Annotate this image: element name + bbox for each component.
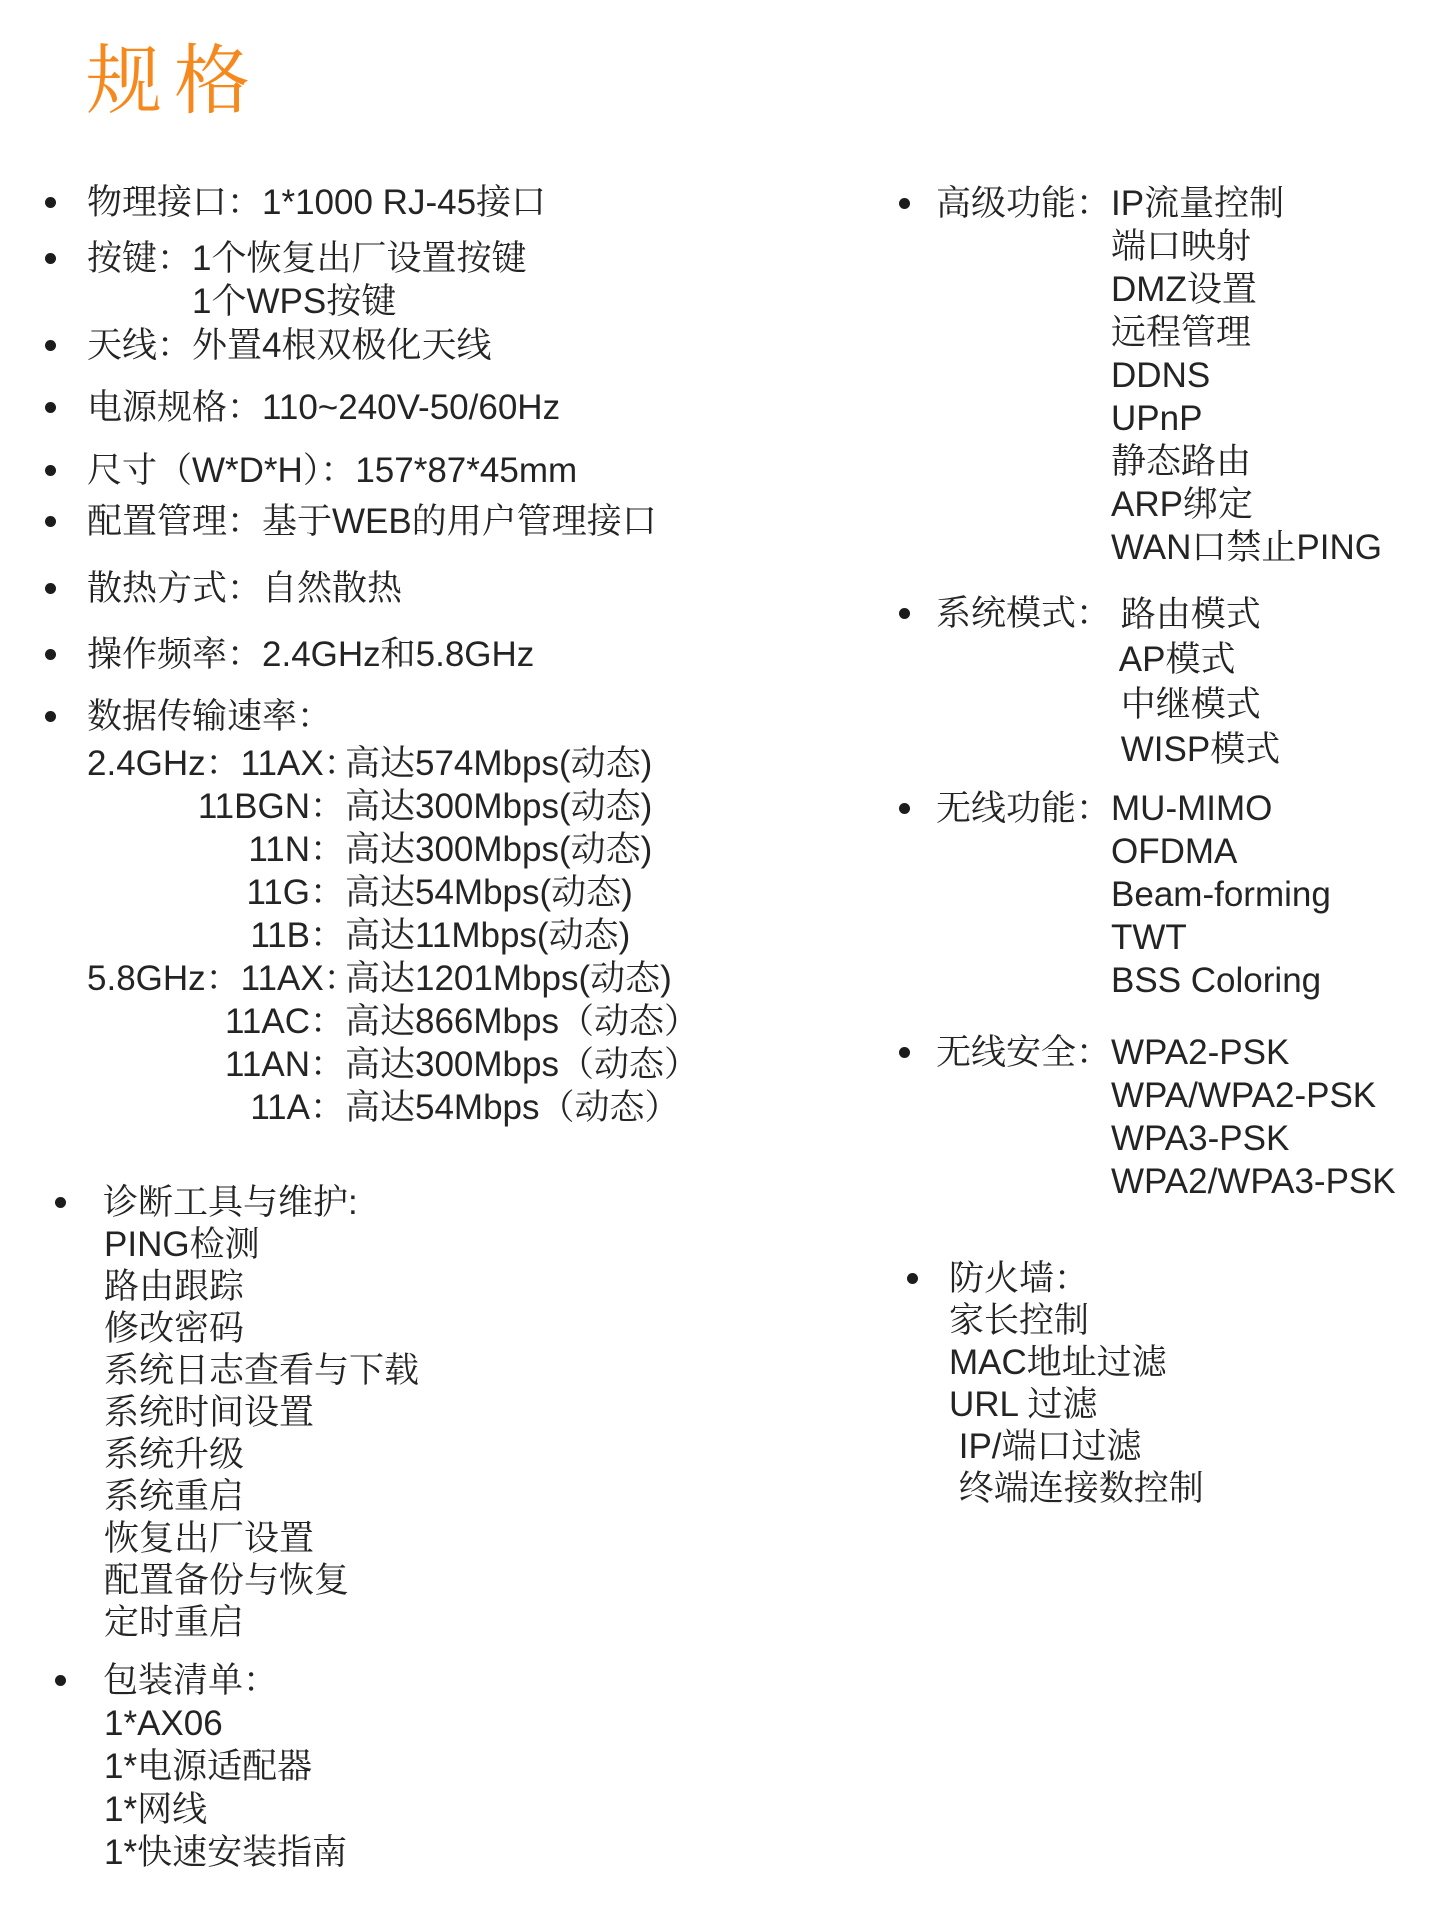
spec-value: AP模式: [1111, 637, 1280, 682]
firewall-items: 家长控制 MAC地址过滤 URL 过滤 IP/端口过滤 终端连接数控制: [949, 1300, 1453, 1510]
list-item: 修改密码: [104, 1308, 710, 1350]
spec-item-buttons-label: 按键：: [87, 237, 192, 280]
data-rate-label: 2.4GHz：11AX：: [87, 742, 345, 785]
spec-item-frequency-text: 操作频率：2.4GHz和5.8GHz: [87, 633, 534, 676]
spec-value: 1个WPS按键: [192, 280, 526, 323]
list-item: PING检测: [104, 1224, 710, 1266]
wireless-security-group: 无线安全： WPA2-PSK WPA/WPA2-PSK WPA3-PSK WPA…: [899, 1031, 1453, 1203]
spec-item-cooling: 散热方式：自然散热: [45, 567, 710, 610]
spec-sheet-page: 规格 物理接口：1*1000 RJ-45接口 按键： 1个恢复出厂设置按键 1个…: [0, 0, 1453, 1920]
spec-item-power: 电源规格：110~240V-50/60Hz: [45, 386, 710, 429]
spec-value: ARP绑定: [1111, 483, 1382, 526]
system-mode-label: 系统模式：: [936, 592, 1111, 635]
bullet-icon: [45, 197, 56, 208]
list-item: IP/端口过滤: [949, 1426, 1453, 1468]
spec-value: 端口映射: [1111, 225, 1382, 268]
package-heading-text: 包装清单：: [103, 1659, 278, 1702]
spec-value: WPA/WPA2-PSK: [1111, 1074, 1396, 1117]
bullet-icon: [45, 402, 56, 413]
data-rate-table: 2.4GHz：11AX：高达574Mbps(动态) 11BGN：高达300Mbp…: [87, 742, 710, 1129]
data-rate-row: 11B：高达11Mbps(动态): [87, 914, 710, 957]
firewall-group: 防火墙： 家长控制 MAC地址过滤 URL 过滤 IP/端口过滤 终端连接数控制: [907, 1257, 1453, 1510]
spec-value: 远程管理: [1111, 311, 1382, 354]
spec-value: BSS Coloring: [1111, 959, 1331, 1002]
data-rate-label: 11AN：: [87, 1043, 345, 1086]
bullet-icon: [899, 1047, 910, 1058]
list-item: 定时重启: [104, 1602, 710, 1644]
spec-value: TWT: [1111, 916, 1331, 959]
diagnostics-items: PING检测 路由跟踪 修改密码 系统日志查看与下载 系统时间设置 系统升级 系…: [104, 1224, 710, 1644]
data-rate-label: 11G：: [87, 871, 345, 914]
bullet-icon: [45, 649, 56, 660]
list-item: 系统升级: [104, 1434, 710, 1476]
data-rate-label: 11A：: [87, 1086, 345, 1129]
diagnostics-heading-text: 诊断工具与维护:: [103, 1181, 358, 1224]
data-rate-row: 11N：高达300Mbps(动态): [87, 828, 710, 871]
list-item: 1*快速安装指南: [104, 1831, 710, 1874]
diagnostics-group: 诊断工具与维护: PING检测 路由跟踪 修改密码 系统日志查看与下载 系统时间…: [55, 1181, 710, 1644]
spec-value: 静态路由: [1111, 440, 1382, 483]
spec-value: WISP模式: [1111, 727, 1280, 772]
list-item: 1*网线: [104, 1788, 710, 1831]
spec-item-physical-port: 物理接口：1*1000 RJ-45接口: [45, 181, 710, 224]
list-item: 1*电源适配器: [104, 1745, 710, 1788]
spec-value: IP流量控制: [1111, 182, 1382, 225]
bullet-icon: [45, 340, 56, 351]
bullet-icon: [45, 583, 56, 594]
wireless-features-group: 无线功能： MU-MIMO OFDMA Beam-forming TWT BSS…: [899, 787, 1453, 1002]
list-item: 配置备份与恢复: [104, 1560, 710, 1602]
wireless-security-label: 无线安全：: [936, 1031, 1111, 1074]
spec-item-cooling-text: 散热方式：自然散热: [87, 567, 402, 610]
bullet-icon: [899, 803, 910, 814]
data-rate-value: 高达54Mbps（动态）: [345, 1086, 680, 1129]
system-mode-group: 系统模式： 路由模式 AP模式 中继模式 WISP模式: [899, 592, 1453, 772]
list-item: 系统时间设置: [104, 1392, 710, 1434]
spec-value: 路由模式: [1111, 592, 1280, 637]
spec-item-frequency: 操作频率：2.4GHz和5.8GHz: [45, 633, 710, 676]
right-column: 高级功能： IP流量控制 端口映射 DMZ设置 远程管理 DDNS UPnP 静…: [899, 0, 1453, 1510]
package-group: 包装清单： 1*AX06 1*电源适配器 1*网线 1*快速安装指南: [55, 1659, 710, 1874]
list-item: 家长控制: [949, 1300, 1453, 1342]
data-rate-row: 2.4GHz：11AX：高达574Mbps(动态): [87, 742, 710, 785]
spec-value: WPA2-PSK: [1111, 1031, 1396, 1074]
bullet-icon: [55, 1197, 66, 1208]
data-rate-row: 11AN：高达300Mbps（动态）: [87, 1043, 710, 1086]
list-item: 路由跟踪: [104, 1266, 710, 1308]
data-rate-value: 高达300Mbps（动态）: [345, 1043, 699, 1086]
data-rate-row: 11A：高达54Mbps（动态）: [87, 1086, 710, 1129]
data-rate-value: 高达1201Mbps(动态): [345, 957, 672, 1000]
advanced-features-values: IP流量控制 端口映射 DMZ设置 远程管理 DDNS UPnP 静态路由 AR…: [1111, 182, 1382, 569]
data-rate-value: 高达54Mbps(动态): [345, 871, 633, 914]
data-rate-value: 高达300Mbps(动态): [345, 785, 652, 828]
data-rate-heading-text: 数据传输速率：: [87, 695, 332, 738]
spec-item-management: 配置管理：基于WEB的用户管理接口: [45, 500, 710, 543]
data-rate-row: 11G：高达54Mbps(动态): [87, 871, 710, 914]
spec-value: UPnP: [1111, 397, 1382, 440]
package-items: 1*AX06 1*电源适配器 1*网线 1*快速安装指南: [104, 1702, 710, 1874]
spec-item-buttons-values: 1个恢复出厂设置按键 1个WPS按键: [192, 237, 526, 323]
data-rate-row: 11AC：高达866Mbps（动态）: [87, 1000, 710, 1043]
spec-value: DMZ设置: [1111, 268, 1382, 311]
spec-value: Beam-forming: [1111, 873, 1331, 916]
spec-value: WPA3-PSK: [1111, 1117, 1396, 1160]
spec-value: WAN口禁止PING: [1111, 526, 1382, 569]
list-item: 恢复出厂设置: [104, 1518, 710, 1560]
list-item: 1*AX06: [104, 1702, 710, 1745]
bullet-icon: [899, 198, 910, 209]
spec-value: 中继模式: [1111, 682, 1280, 727]
list-item: 终端连接数控制: [949, 1468, 1453, 1510]
data-rate-label: 11AC：: [87, 1000, 345, 1043]
bullet-icon: [45, 516, 56, 527]
spec-item-dimensions-text: 尺寸（W*D*H）：157*87*45mm: [87, 449, 577, 492]
data-rate-value: 高达300Mbps(动态): [345, 828, 652, 871]
spec-value: OFDMA: [1111, 830, 1331, 873]
spec-item-data-rate-heading: 数据传输速率：: [45, 695, 710, 738]
data-rate-label: 11BGN：: [87, 785, 345, 828]
bullet-icon: [45, 711, 56, 722]
data-rate-label: 5.8GHz：11AX：: [87, 957, 345, 1000]
advanced-features-label: 高级功能：: [936, 182, 1111, 225]
spec-item-power-text: 电源规格：110~240V-50/60Hz: [87, 386, 560, 429]
spec-value: WPA2/WPA3-PSK: [1111, 1160, 1396, 1203]
spec-value: MU-MIMO: [1111, 787, 1331, 830]
firewall-heading-text: 防火墙：: [949, 1257, 1089, 1300]
list-item: 系统重启: [104, 1476, 710, 1518]
advanced-features-group: 高级功能： IP流量控制 端口映射 DMZ设置 远程管理 DDNS UPnP 静…: [899, 182, 1453, 569]
system-mode-values: 路由模式 AP模式 中继模式 WISP模式: [1111, 592, 1280, 772]
left-column: 物理接口：1*1000 RJ-45接口 按键： 1个恢复出厂设置按键 1个WPS…: [45, 0, 710, 1874]
spec-item-antenna: 天线：外置4根双极化天线: [45, 324, 710, 367]
bullet-icon: [55, 1675, 66, 1686]
package-heading: 包装清单：: [55, 1659, 710, 1702]
bullet-icon: [907, 1273, 918, 1284]
firewall-heading: 防火墙：: [907, 1257, 1453, 1300]
bullet-icon: [45, 465, 56, 476]
data-rate-label: 11N：: [87, 828, 345, 871]
spec-value: 1个恢复出厂设置按键: [192, 237, 526, 280]
spec-item-physical-port-text: 物理接口：1*1000 RJ-45接口: [87, 181, 546, 224]
spec-item-management-text: 配置管理：基于WEB的用户管理接口: [87, 500, 657, 543]
list-item: 系统日志查看与下载: [104, 1350, 710, 1392]
bullet-icon: [45, 253, 56, 264]
data-rate-label: 11B：: [87, 914, 345, 957]
spec-item-antenna-text: 天线：外置4根双极化天线: [87, 324, 491, 367]
wireless-features-values: MU-MIMO OFDMA Beam-forming TWT BSS Color…: [1111, 787, 1331, 1002]
data-rate-value: 高达11Mbps(动态): [345, 914, 630, 957]
list-item: MAC地址过滤: [949, 1342, 1453, 1384]
diagnostics-heading: 诊断工具与维护:: [55, 1181, 710, 1224]
bullet-icon: [899, 608, 910, 619]
data-rate-row: 5.8GHz：11AX：高达1201Mbps(动态): [87, 957, 710, 1000]
data-rate-row: 11BGN：高达300Mbps(动态): [87, 785, 710, 828]
list-item: URL 过滤: [949, 1384, 1453, 1426]
spec-value: DDNS: [1111, 354, 1382, 397]
data-rate-value: 高达574Mbps(动态): [345, 742, 652, 785]
wireless-features-label: 无线功能：: [936, 787, 1111, 830]
spec-item-buttons: 按键： 1个恢复出厂设置按键 1个WPS按键: [45, 237, 710, 323]
data-rate-value: 高达866Mbps（动态）: [345, 1000, 699, 1043]
wireless-security-values: WPA2-PSK WPA/WPA2-PSK WPA3-PSK WPA2/WPA3…: [1111, 1031, 1396, 1203]
spec-item-dimensions: 尺寸（W*D*H）：157*87*45mm: [45, 449, 710, 492]
